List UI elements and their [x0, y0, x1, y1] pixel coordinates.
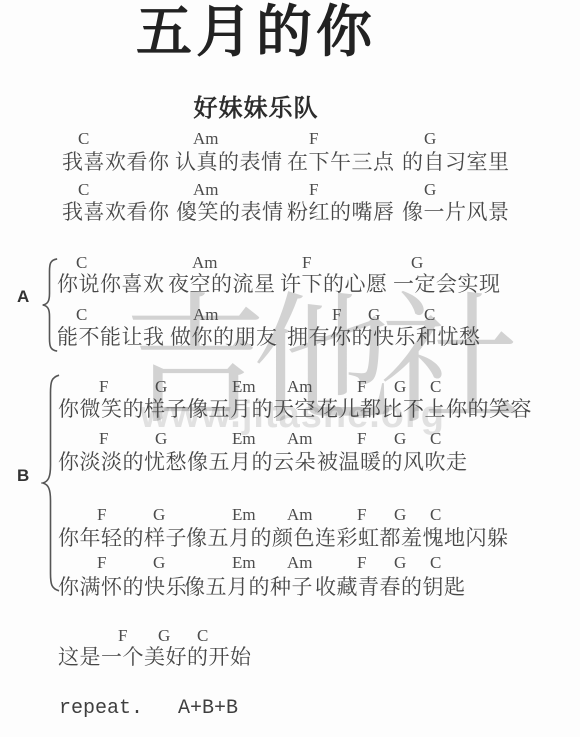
chord-label: G: [153, 554, 165, 571]
chord-label: F: [357, 378, 366, 395]
chord-label: Am: [287, 378, 313, 395]
section-b-label: B: [17, 466, 29, 486]
chord-label: C: [430, 554, 441, 571]
chord-label: G: [394, 378, 406, 395]
section-a-label: A: [17, 287, 29, 307]
chord-label: Am: [192, 254, 218, 271]
lyric-segment: 夜空的流星: [168, 273, 276, 296]
chord-label: F: [302, 254, 311, 271]
chord-label: C: [430, 378, 441, 395]
chord-label: Em: [232, 430, 256, 447]
chord-label: C: [197, 627, 208, 644]
lyric-segment: 能不能让我: [57, 326, 165, 349]
lyric-segment: 我喜欢看你: [62, 201, 170, 224]
chord-label: F: [357, 430, 366, 447]
chord-label: G: [394, 506, 406, 523]
lyric-segment: 像五月的种子: [184, 576, 313, 599]
chord-label: C: [78, 130, 89, 147]
chord-label: G: [153, 506, 165, 523]
chord-label: G: [368, 306, 380, 323]
chord-label: Em: [232, 554, 256, 571]
lyric-segment: 这是一个美好的开始: [58, 646, 252, 669]
song-title: 五月的你: [136, 4, 376, 63]
chord-label: G: [394, 554, 406, 571]
chord-label: G: [394, 430, 406, 447]
chord-label: Em: [232, 506, 256, 523]
chord-label: F: [357, 506, 366, 523]
lyric-segment: 花儿都比不上你的笑容: [317, 398, 532, 421]
lyric-segment: 许下的心愿: [280, 273, 388, 296]
chord-label: Em: [232, 378, 256, 395]
chord-label: C: [424, 306, 435, 323]
chord-label: C: [430, 430, 441, 447]
lyric-segment: 像五月的颜色: [186, 527, 315, 550]
lyric-segment: 你微笑的样子: [58, 398, 187, 421]
lyric-segment: 像五月的天空: [187, 398, 316, 421]
lyric-segment: 粉红的嘴唇: [287, 201, 395, 224]
chord-label: F: [97, 554, 106, 571]
chord-label: Am: [287, 554, 313, 571]
chord-label: Am: [193, 130, 219, 147]
chord-label: G: [158, 627, 170, 644]
chord-label: F: [309, 130, 318, 147]
repeat-label: repeat.: [59, 697, 143, 720]
lyric-segment: 被温暖的风吹走: [317, 451, 468, 474]
chord-label: C: [430, 506, 441, 523]
section-a-brace: [41, 257, 58, 353]
lyric-segment: 你说你喜欢: [57, 273, 165, 296]
chord-label: G: [155, 430, 167, 447]
lyric-segment: 认真的表情: [175, 151, 283, 174]
lyric-segment: 傻笑的表情: [176, 201, 284, 224]
chord-label: F: [99, 430, 108, 447]
lyric-segment: 我喜欢看你: [62, 151, 170, 174]
lyric-segment: 在下午三点: [287, 151, 395, 174]
chord-label: F: [97, 506, 106, 523]
chord-label: C: [76, 254, 87, 271]
chord-label: Am: [193, 306, 219, 323]
lyric-segment: 连彩虹都羞愧地闪躲: [315, 527, 509, 550]
artist-name: 好妹妹乐队: [194, 88, 319, 123]
chord-label: F: [118, 627, 127, 644]
chord-label: F: [99, 378, 108, 395]
lyric-segment: 你年轻的样子: [58, 527, 187, 550]
chord-sheet-page: 吉他社 www.jitashe.org 五月的你 好妹妹乐队 A B CAmFG…: [0, 0, 580, 737]
chord-label: Am: [193, 181, 219, 198]
chord-label: C: [76, 306, 87, 323]
chord-label: G: [155, 378, 167, 395]
lyric-segment: 像五月的云朵: [187, 451, 316, 474]
chord-label: F: [332, 306, 341, 323]
chord-label: C: [78, 181, 89, 198]
lyric-segment: 拥有你的快乐和忧愁: [287, 326, 481, 349]
repeat-pattern: A+B+B: [178, 697, 238, 720]
lyric-segment: 收藏青春的钥匙: [315, 576, 466, 599]
lyric-segment: 你淡淡的忧愁: [58, 451, 187, 474]
lyric-segment: 像一片风景: [402, 201, 510, 224]
chord-label: G: [424, 181, 436, 198]
lyric-segment: 你满怀的快乐: [58, 576, 187, 599]
chord-label: G: [424, 130, 436, 147]
lyric-segment: 做你的朋友: [170, 326, 278, 349]
chord-label: F: [309, 181, 318, 198]
chord-label: Am: [287, 430, 313, 447]
chord-label: F: [357, 554, 366, 571]
chord-label: Am: [287, 506, 313, 523]
chord-label: G: [411, 254, 423, 271]
lyric-segment: 一定会实现: [393, 273, 501, 296]
lyric-segment: 的自习室里: [402, 151, 510, 174]
